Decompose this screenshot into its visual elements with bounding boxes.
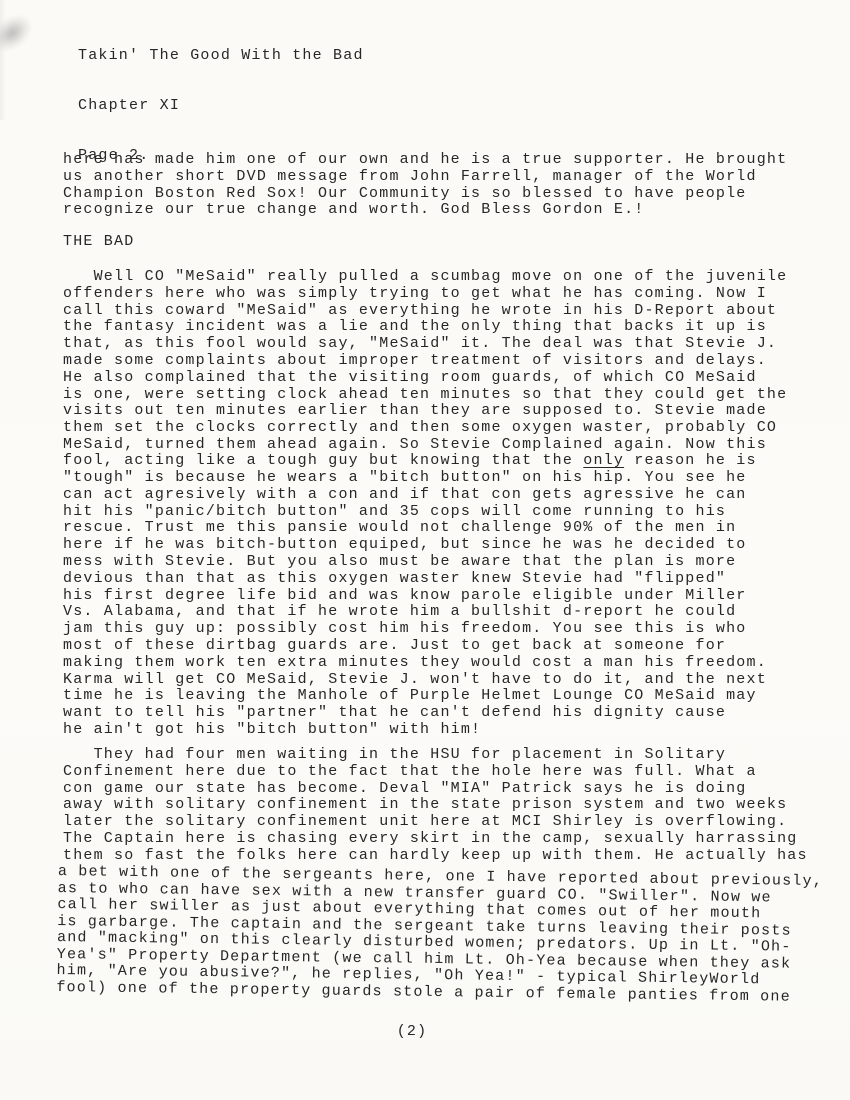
mesaid-paragraph-underline-line: fool, acting like a tough guy but knowin… <box>63 453 757 470</box>
underline-line-after: reason he is <box>624 452 757 469</box>
mesaid-paragraph-part1: Well CO "MeSaid" really pulled a scumbag… <box>63 269 787 454</box>
hsu-paragraph-part2-skewed: a bet with one of the sergeants here, on… <box>56 864 823 1006</box>
scan-edge-shadow <box>0 0 6 120</box>
scanned-document-page: Takin' The Good With the Bad Chapter XI … <box>0 0 850 1100</box>
mesaid-paragraph-part2: "tough" is because he wears a "bitch but… <box>63 470 767 739</box>
document-chapter: Chapter XI <box>78 98 364 115</box>
underline-line-before: fool, acting like a tough guy but knowin… <box>63 452 583 469</box>
hsu-paragraph-part1: They had four men waiting in the HSU for… <box>63 747 808 865</box>
underlined-word: only <box>583 452 624 469</box>
document-title: Takin' The Good With the Bad <box>78 48 364 65</box>
intro-paragraph: here has made him one of our own and he … <box>63 152 787 219</box>
page-number: (2) <box>0 1024 824 1041</box>
section-heading-the-bad: THE BAD <box>63 234 134 251</box>
